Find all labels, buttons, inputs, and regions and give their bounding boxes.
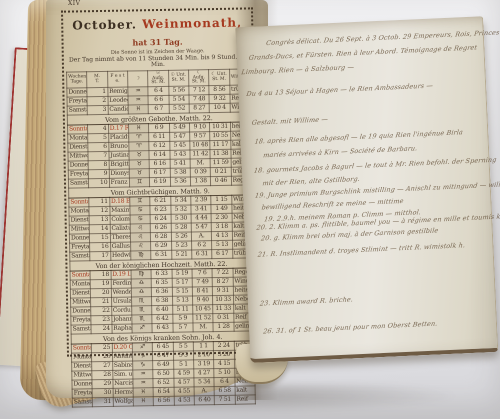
handwritten-line: 18. gourmets Jacobs à Bagurl — le tout à… [253, 157, 496, 175]
sunset-cell: 5 17 [172, 278, 192, 287]
handwritten-line: Grands-Ducs, et Fürsten. Rien à leur Abo… [248, 44, 477, 61]
sunset-cell: 5 21 [171, 250, 191, 259]
weekday-cell: Sonntag [69, 198, 89, 207]
weekday-cell: Dienstag [68, 143, 88, 152]
day-number-cell: 3 [87, 106, 107, 115]
handwritten-line: Du 4 au 13 Séjour à Hagen — le Rien Amba… [246, 83, 433, 99]
weekday-cell: Samstag [68, 179, 88, 188]
moonrise-cell: 3 41 [191, 205, 211, 214]
day-number-cell: 13 [89, 216, 109, 225]
moonrise-cell: 1 1 [193, 342, 213, 351]
feast-cell: D.19 Lukas Ev. [111, 270, 131, 279]
zodiac-cell: ♑ [132, 352, 152, 361]
day-number-cell: 14 [90, 225, 110, 234]
moonrise-cell: 10 48 [190, 141, 210, 150]
sunset-cell: 5 5 [173, 342, 193, 351]
weekday-cell: Sonntag [71, 344, 91, 353]
sunset-cell: 5 28 [171, 223, 191, 232]
sunset-cell: 5 1 [173, 360, 193, 369]
moonset-cell: 0 21 [211, 168, 231, 177]
sunset-cell: 5 38 [170, 168, 190, 177]
weekday-cell: Mittwoch [71, 298, 91, 307]
day-number-cell: 16 [90, 243, 110, 252]
moonrise-cell: 11 42 [190, 150, 210, 159]
moonset-cell: 3 20 [214, 351, 234, 360]
weekday-cell: Freytag [71, 316, 91, 325]
moonrise-cell: 5 47 [191, 223, 211, 232]
handwritten-line: Gestalt. mit Willime — [251, 116, 328, 127]
feast-cell: Sabina [112, 361, 132, 370]
sunset-cell: 5 30 [171, 214, 191, 223]
month-days-count: hat 31 Tag. [132, 36, 182, 47]
weekday-cell: Mittwoch [69, 225, 89, 234]
moonset-cell: 4 15 [214, 360, 234, 369]
photo-of-open-almanac-book: XIV October. Weinmonath, hat 31 Tag. Die… [0, 0, 500, 419]
day-number-cell: 6 [88, 143, 108, 152]
handwritten-line: Limbourg. Rien — à Salzbourg — [241, 64, 355, 76]
moonset-cell: 10 55 [210, 132, 230, 141]
column-header: ☾ Unt. St. M. [209, 70, 230, 86]
moonrise-cell: 9 57 [190, 132, 210, 141]
sunrise-cell: 6 52 [153, 379, 173, 388]
moonset-cell: 0 31 [213, 314, 233, 323]
feast-cell: Raphael [112, 324, 132, 333]
handwritten-line: 18. après Rien alle abgesofl — le 19 qui… [254, 129, 463, 146]
moonrise-cell: 5 34 [194, 378, 214, 387]
zodiac-cell: ♓ [133, 397, 153, 406]
moonrise-cell: 7 12 [189, 86, 209, 95]
handwritten-line: mit der Rien, alte Gstillborg. [262, 176, 360, 187]
day-number-cell: 12 [89, 207, 109, 216]
day-number-cell: 11 [89, 198, 109, 207]
sunrise-cell: 6 47 [153, 352, 173, 361]
calendar-table: Wochen- Tage.M. T.F e s t e.☽☉ Aufg. St.… [66, 69, 256, 408]
day-number-cell: 7 [88, 152, 108, 161]
feast-cell: Dionysius [109, 169, 129, 178]
month-name-german: Weinmonath, [142, 16, 242, 32]
feast-cell: Remigius [108, 87, 128, 96]
folio-number: XIV [68, 0, 80, 7]
weekday-cell: Mittwoch [68, 152, 88, 161]
column-header: F e s t e. [107, 71, 128, 87]
day-number-cell: 10 [89, 179, 109, 188]
moonset-cell: 11 59 [210, 159, 230, 168]
sunrise-cell: 6 11 [149, 133, 169, 142]
moonrise-cell: A. [191, 232, 211, 241]
column-header: ☉ Aufg. St. M. [148, 71, 169, 87]
zodiac-cell: ♑ [133, 361, 153, 370]
feast-cell: D.17 Rosenkrf. [108, 124, 128, 133]
weekday-cell: Donnerstag [71, 307, 91, 316]
sunset-cell: 5 9 [172, 314, 192, 323]
sunset-cell: 5 3 [173, 351, 193, 360]
moonrise-cell: 4 27 [194, 369, 214, 378]
day-number-cell: 15 [90, 234, 110, 243]
feast-cell: Amandus [112, 352, 132, 361]
handwritten-line: 23. Klimm award R. briche. [259, 296, 353, 307]
moonrise-cell: 2 10 [193, 351, 213, 360]
sunrise-cell: 6 26 [151, 224, 171, 233]
weekday-cell: Montag [69, 207, 89, 216]
day-number-cell: 29 [92, 380, 112, 389]
feast-cell: Candidus [108, 105, 128, 114]
zodiac-cell: ♉ [129, 151, 149, 160]
day-number-cell: 26 [92, 353, 112, 362]
feast-cell: Ferdinand [111, 279, 131, 288]
feast-cell: Narcissus [113, 379, 133, 388]
moonset-cell: 9 32 [209, 95, 229, 104]
feast-cell: Calixtus [110, 224, 130, 233]
sunrise-cell: 6 17 [150, 169, 170, 178]
right-handwritten-page: Congrès délicat. Du 26 Sept. à 3 Octob. … [235, 16, 498, 363]
weekday-cell: Samstag [72, 398, 92, 407]
day-number-cell: 31 [93, 398, 113, 407]
sunrise-cell: 6 54 [153, 388, 173, 397]
day-number-cell: 9 [89, 170, 109, 179]
feast-cell: Cordula [111, 306, 131, 315]
sunset-cell: 5 52 [169, 104, 189, 113]
day-number-cell: 4 [88, 125, 108, 134]
zodiac-cell: ♓ [133, 388, 153, 397]
sunrise-cell: 6 14 [149, 151, 169, 160]
day-number-cell: 8 [88, 161, 108, 170]
feast-cell: Gallus Abt [110, 242, 130, 251]
zodiac-cell: ♋ [130, 206, 150, 215]
feast-cell: Justina J. [109, 151, 129, 160]
moonset-cell: 8 56 [209, 86, 229, 95]
zodiac-cell: ♒ [133, 370, 153, 379]
sunset-cell: 5 36 [170, 177, 190, 186]
sunset-cell: 5 11 [172, 305, 192, 314]
feast-cell: Johann C. [111, 315, 131, 324]
sunrise-cell: 6 31 [151, 251, 171, 260]
sunset-cell: 5 45 [169, 141, 189, 150]
day-number-cell: 27 [92, 362, 112, 371]
zodiac-cell: ♒ [128, 87, 148, 96]
handwritten-line: 21. R. Instlimandent d. troyes Stlimint … [257, 242, 465, 258]
day-number-cell: 24 [91, 325, 111, 334]
zodiac-cell: ♏ [132, 306, 152, 315]
sunrise-cell: 6 38 [152, 297, 172, 306]
zodiac-cell: ♈ [129, 133, 149, 142]
moonrise-cell: M. [190, 159, 210, 168]
moonset-cell: 2 24 [214, 342, 234, 351]
calendar-title: October. Weinmonath, hat 31 Tag. Die Son… [65, 13, 250, 70]
sunset-cell: 4 59 [173, 369, 193, 378]
zodiac-cell: ♉ [129, 160, 149, 169]
moonset-cell: 8 27 [212, 278, 232, 287]
handwritten-line: 26. 31. of 1 St. beau jeuni pour mon Obe… [263, 321, 438, 336]
sunrise-cell: 6 19 [150, 178, 170, 187]
day-number-cell: 5 [88, 134, 108, 143]
sunrise-cell: 6 49 [153, 361, 173, 370]
sunset-cell: 5 13 [172, 296, 192, 305]
moonset-cell: 5 10 [214, 369, 234, 378]
zodiac-cell: ♈ [129, 142, 149, 151]
zodiac-cell: ♒ [133, 379, 153, 388]
moonset-cell: 7 22 [212, 269, 232, 278]
day-number-cell: 19 [91, 280, 111, 289]
day-number-cell: 18 [90, 271, 110, 280]
sunrise-cell: 6 21 [150, 197, 170, 206]
weekday-cell: Dienstag [72, 362, 92, 371]
feast-cell: Bruno [108, 142, 128, 151]
moonrise-cell: 9 40 [192, 296, 212, 305]
moonset-cell: 1 28 [213, 323, 233, 332]
weekday-cell: Sonntag [68, 125, 88, 134]
zodiac-cell: ♍ [131, 251, 151, 260]
weekday-cell: Freytag [68, 170, 88, 179]
sunset-cell: 5 34 [170, 196, 190, 205]
moonrise-cell: 3 19 [194, 360, 214, 369]
sunset-cell: 5 26 [171, 232, 191, 241]
moonrise-cell: A. [194, 387, 214, 396]
moonrise-cell: 8 27 [189, 104, 209, 113]
feast-cell: Hermann [113, 388, 133, 397]
zodiac-cell: ♌ [130, 233, 150, 242]
moonset-cell: 11 17 [210, 141, 230, 150]
weekday-cell: Montag [68, 134, 88, 143]
moonset-cell: 7 51 [215, 396, 235, 405]
day-number-cell: 25 [92, 344, 112, 353]
sunset-cell: 5 32 [171, 205, 191, 214]
day-number-cell: 22 [91, 307, 111, 316]
moonset-cell: 0 46 [211, 177, 231, 186]
moonset-cell: 11 33 [213, 305, 233, 314]
sunrise-cell: 6 36 [152, 288, 172, 297]
day-length-note: Der Tag nimmt ab von 11 Stunden 34 Min. … [66, 54, 250, 70]
sunset-cell: 5 43 [170, 150, 190, 159]
zodiac-cell: ♏ [132, 315, 152, 324]
feast-cell: D.18 Burkhard [109, 197, 129, 206]
weekday-cell: Donnerstag [67, 88, 87, 97]
moonrise-cell: 0 39 [190, 168, 210, 177]
feast-cell: Coloman [110, 215, 130, 224]
weekday-cell: Montag [71, 353, 91, 362]
moonset-cell: 1 15 [211, 196, 231, 205]
weekday-cell: Mittwoch [72, 371, 92, 380]
sunrise-cell: 6 29 [151, 242, 171, 251]
sunrise-cell: 6 33 [151, 270, 171, 279]
moonrise-cell: M. [193, 323, 213, 332]
column-header: Wochen- Tage. [67, 72, 88, 88]
zodiac-cell: ♐ [132, 324, 152, 333]
feast-cell: Sim. u. Juda [112, 370, 132, 379]
column-header: M. T. [87, 72, 108, 88]
column-header: ☽ [128, 71, 149, 87]
moonset-cell: 6 4 [214, 378, 234, 387]
weekday-cell: Freytag [70, 243, 90, 252]
sunset-cell: 5 7 [173, 323, 193, 332]
sunrise-cell: 6 16 [149, 160, 169, 169]
feast-cell: Franz S. [109, 178, 129, 187]
moonset-cell: 6 17 [212, 250, 232, 259]
sunrise-cell: 6 50 [153, 370, 173, 379]
sunrise-cell: 6 6 [148, 96, 168, 105]
day-number-cell: 30 [92, 389, 112, 398]
sunrise-cell: 6 9 [149, 124, 169, 133]
moonset-cell: 10 33 [213, 296, 233, 305]
day-number-cell: 2 [87, 97, 107, 106]
weekday-cell: Donnerstag [68, 161, 88, 170]
feast-cell: Brigitta [109, 160, 129, 169]
weekday-cell: Donnerstag [72, 380, 92, 389]
moonrise-cell: 6 31 [192, 250, 212, 259]
zodiac-cell: ♎ [131, 288, 151, 297]
sunrise-cell: 6 7 [148, 105, 168, 114]
moonrise-cell: 9 10 [189, 123, 209, 132]
feast-cell: Ursula J. [111, 297, 131, 306]
moonrise-cell: 11 52 [193, 314, 213, 323]
zodiac-cell: ♌ [131, 242, 151, 251]
moonrise-cell: 2 39 [191, 196, 211, 205]
zodiac-cell: ♓ [128, 124, 148, 133]
feast-cell: Wendelin [111, 288, 131, 297]
weekday-cell: Donnerstag [69, 234, 89, 243]
weekday-cell: Dienstag [69, 216, 89, 225]
sunrise-cell: 6 56 [154, 397, 174, 406]
sunrise-cell: 6 43 [152, 324, 172, 333]
sunset-cell: 4 53 [174, 396, 194, 405]
moonrise-cell: 4 44 [191, 214, 211, 223]
sunrise-cell: 6 4 [148, 87, 168, 96]
moonset-cell: 4 13 [212, 232, 232, 241]
moonrise-cell: 7 6 [192, 269, 212, 278]
weekday-cell: Freytag [67, 97, 87, 106]
day-number-cell: 21 [91, 298, 111, 307]
zodiac-cell: ♓ [128, 105, 148, 114]
sunset-cell: 5 54 [169, 95, 189, 104]
feast-cell: D.20 Crispin [112, 343, 132, 352]
moonrise-cell: 6 40 [194, 396, 214, 405]
sunrise-cell: 6 40 [152, 306, 172, 315]
moonset-cell: 5 13 [212, 241, 232, 250]
moonset-cell: 3 18 [212, 223, 232, 232]
sunset-cell: 5 47 [169, 132, 189, 141]
zodiac-cell: ♍ [131, 270, 151, 279]
month-name: October. [72, 17, 137, 32]
feast-cell: Theresia J. [110, 233, 130, 242]
sunset-cell: 4 57 [174, 378, 194, 387]
weekday-cell: Samstag [71, 325, 91, 334]
zodiac-cell: ♊ [130, 197, 150, 206]
sunset-cell: 5 23 [171, 241, 191, 250]
moonset-cell: 6 58 [214, 387, 234, 396]
moonrise-cell: 6 2 [192, 241, 212, 250]
zodiac-cell: ♋ [130, 215, 150, 224]
column-header: ☉ Unt. St. M. [168, 70, 189, 86]
sunrise-cell: 6 42 [152, 315, 172, 324]
moonrise-cell: 7 49 [192, 278, 212, 287]
day-number-cell: 17 [90, 252, 110, 261]
moonrise-cell: 10 45 [193, 305, 213, 314]
sunset-cell: 5 56 [168, 86, 188, 95]
moonrise-cell: 8 41 [192, 287, 212, 296]
sunset-cell: 5 41 [170, 159, 190, 168]
sunrise-cell: 6 28 [151, 233, 171, 242]
moonrise-cell: 1 38 [190, 177, 210, 186]
weekday-cell: Freytag [72, 389, 92, 398]
sunrise-cell: 6 45 [153, 343, 173, 352]
day-number-cell: 20 [91, 289, 111, 298]
day-number-cell: 23 [91, 316, 111, 325]
handwritten-line: mariés arrivées à Kirn — Société de Barb… [263, 145, 418, 159]
zodiac-cell: ♌ [130, 224, 150, 233]
zodiac-cell: ♎ [131, 279, 151, 288]
column-header: ☾ Aufg. St. M. [189, 70, 210, 86]
sunset-cell: 5 15 [172, 287, 192, 296]
sunrise-cell: 6 24 [150, 215, 170, 224]
sunrise-cell: 6 35 [152, 279, 172, 288]
sunrise-cell: 6 23 [150, 206, 170, 215]
left-printed-page: XIV October. Weinmonath, hat 31 Tag. Die… [46, 0, 268, 398]
moonrise-cell: 7 48 [189, 95, 209, 104]
moonset-cell: 1 49 [211, 205, 231, 214]
weekday-cell: Samstag [67, 106, 87, 115]
feast-cell: Maximilian [110, 206, 130, 215]
zodiac-cell: ♒ [128, 96, 148, 105]
moonset-cell: 11 38 [210, 150, 230, 159]
sunrise-cell: 6 12 [149, 142, 169, 151]
sunset-cell: 5 49 [169, 123, 189, 132]
feast-cell: Hedwig [110, 251, 130, 260]
calendar-plate: October. Weinmonath, hat 31 Tag. Die Son… [61, 7, 259, 356]
moonset-cell: 9 31 [213, 287, 233, 296]
zodiac-cell: ♐ [132, 343, 152, 352]
zodiac-cell: ♉ [129, 169, 149, 178]
feast-cell: Placidus [108, 133, 128, 142]
feast-cell: Wolfgang [113, 397, 133, 406]
sunset-cell: 5 19 [172, 269, 192, 278]
zodiac-cell: ♏ [131, 297, 151, 306]
moonset-cell: 2 30 [211, 214, 231, 223]
sunset-cell: 4 55 [174, 387, 194, 396]
day-number-cell: 28 [92, 371, 112, 380]
weekday-cell: Sonntag [70, 271, 90, 280]
day-number-cell: 1 [87, 88, 107, 97]
moonset-cell: 10 31 [210, 123, 230, 132]
weekday-cell: Montag [70, 280, 90, 289]
moonset-cell: 10 4 [209, 104, 229, 113]
weekday-cell: Samstag [70, 252, 90, 261]
feast-cell: Leodegar [108, 96, 128, 105]
weekday-cell: Dienstag [70, 289, 90, 298]
zodiac-cell: ♊ [129, 178, 149, 187]
